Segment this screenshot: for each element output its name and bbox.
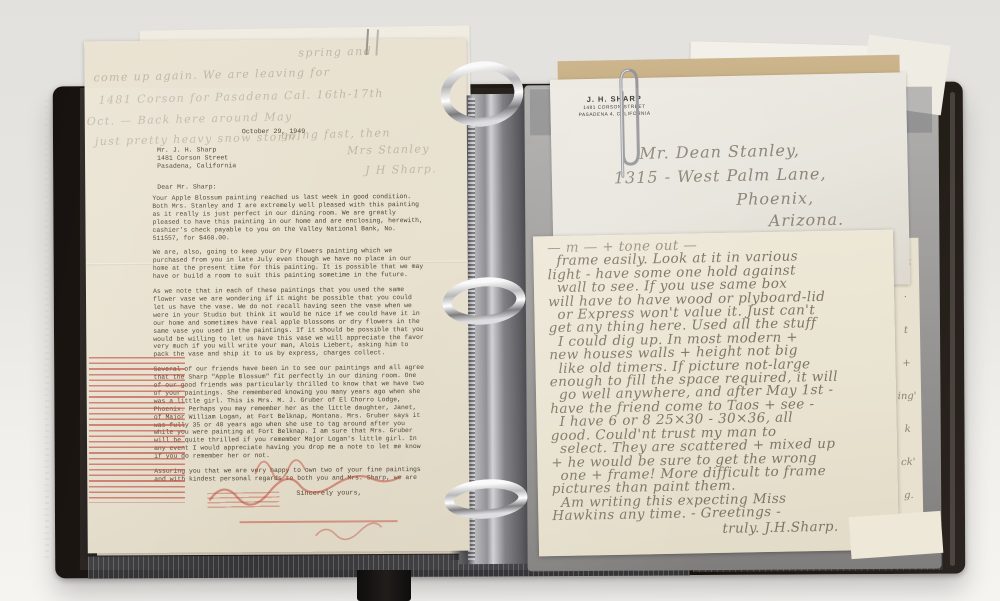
faint-note: Oct. — Back here around May <box>87 110 293 128</box>
recipient-line: Pasadena, California <box>157 163 236 172</box>
faint-note: spring and <box>298 45 372 60</box>
binder-ring-middle <box>436 268 533 334</box>
red-ink-stamp <box>89 357 185 503</box>
handwritten-text: — m — + tone out — frame easily. Look at… <box>547 236 893 539</box>
edge-fragment: ing' <box>893 380 922 413</box>
bottom-right-sheet-corner <box>849 511 944 559</box>
faint-note: Mrs Stanley <box>347 142 430 157</box>
handwritten-letter-page: — m — + tone out — frame easily. Look at… <box>533 230 899 557</box>
faint-note: J H Sharp. <box>365 162 437 177</box>
binder-stitch-texture <box>45 100 49 560</box>
red-handwriting-overlay <box>195 431 476 553</box>
letter-recipient-address: Mr. J. H. Sharp 1481 Corson Street Pasad… <box>157 146 236 171</box>
edge-fragment: + <box>892 347 921 380</box>
paperclip-icon <box>612 64 648 183</box>
envelope-address-line: 1315 - West Palm Lane, <box>614 164 827 187</box>
edge-fragment: k <box>893 413 922 446</box>
faint-note: come up again. We are leaving for <box>93 66 330 85</box>
letter-paragraph: Your Apple Blossum painting reached us l… <box>152 193 426 242</box>
edge-fragment: g. <box>895 479 924 512</box>
binder-strap <box>357 570 411 601</box>
binder-ring-top <box>432 51 533 138</box>
edge-fragment: ck' <box>894 446 923 479</box>
faint-note: 1481 Corson for Pasadena Cal. 16th-17th <box>98 87 383 107</box>
letter-salutation: Dear Mr. Sharp: <box>157 183 216 190</box>
letter-date: October 29, 1949 <box>242 128 305 135</box>
edge-fragment: · <box>891 281 920 314</box>
envelope-address-line: Arizona. <box>769 210 845 231</box>
binder-right-edge-highlight <box>950 92 955 566</box>
binder-photo: spring and come up again. We are leaving… <box>0 0 1000 601</box>
envelope-address-line: Mr. Dean Stanley, <box>639 141 800 163</box>
binder-ring-bottom <box>438 471 533 527</box>
typed-letter-page: spring and come up again. We are leaving… <box>84 39 470 554</box>
letter-paragraph: We are, also, going to keep your Dry Flo… <box>153 247 427 281</box>
edge-fragment: t <box>892 314 921 347</box>
letter-paragraph: As we note that in each of these paintin… <box>153 286 427 359</box>
envelope-address-line: Phoenix, <box>736 188 814 209</box>
